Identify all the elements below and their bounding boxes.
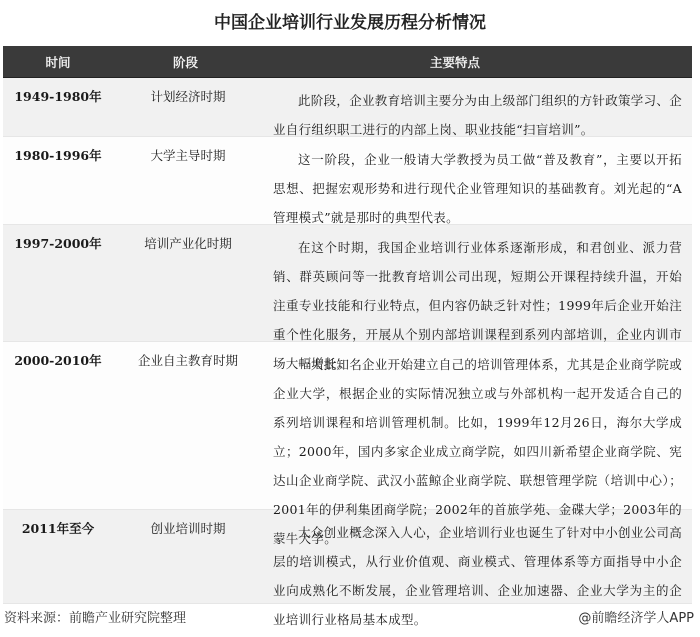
row-time: 1997-2000年 [3, 225, 113, 252]
row-time: 1949-1980年 [3, 78, 113, 105]
row-stage: 创业培训时期 [113, 510, 263, 537]
header-stage: 阶段 [113, 53, 258, 71]
table-row: 2011年至今 创业培训时期 大众创业概念深入人心，企业培训行业也诞生了针对中小… [3, 510, 692, 604]
credit-note: @前瞻经济学人APP [578, 607, 694, 626]
row-stage: 计划经济时期 [113, 78, 263, 105]
row-time: 2011年至今 [3, 510, 113, 537]
row-stage: 大学主导时期 [113, 137, 263, 164]
row-desc: 这一阶段，企业一般请大学教授为员工做“普及教育”，主要以开拓思想、把握宏观形势和… [263, 137, 692, 238]
table-row: 2000-2010年 企业自主教育时期 一大批知名企业开始建立自己的培训管理体系… [3, 342, 692, 510]
row-time: 1980-1996年 [3, 137, 113, 164]
row-stage: 培训产业化时期 [113, 225, 263, 252]
table-row: 1997-2000年 培训产业化时期 在这个时期，我国企业培训行业体系逐渐形成，… [3, 225, 692, 342]
header-features: 主要特点 [258, 53, 692, 71]
table-row: 1980-1996年 大学主导时期 这一阶段，企业一般请大学教授为员工做“普及教… [3, 137, 692, 225]
header-time: 时间 [3, 53, 113, 71]
page-title: 中国企业培训行业发展历程分析情况 [0, 8, 700, 33]
table-row: 1949-1980年 计划经济时期 此阶段，企业教育培训主要分为由上级部门组织的… [3, 78, 692, 137]
table-header: 时间 阶段 主要特点 [3, 46, 692, 78]
row-time: 2000-2010年 [3, 342, 113, 369]
source-note: 资料来源：前瞻产业研究院整理 [4, 607, 186, 626]
row-stage: 企业自主教育时期 [113, 342, 263, 369]
development-history-table: 时间 阶段 主要特点 1949-1980年 计划经济时期 此阶段，企业教育培训主… [3, 46, 692, 604]
